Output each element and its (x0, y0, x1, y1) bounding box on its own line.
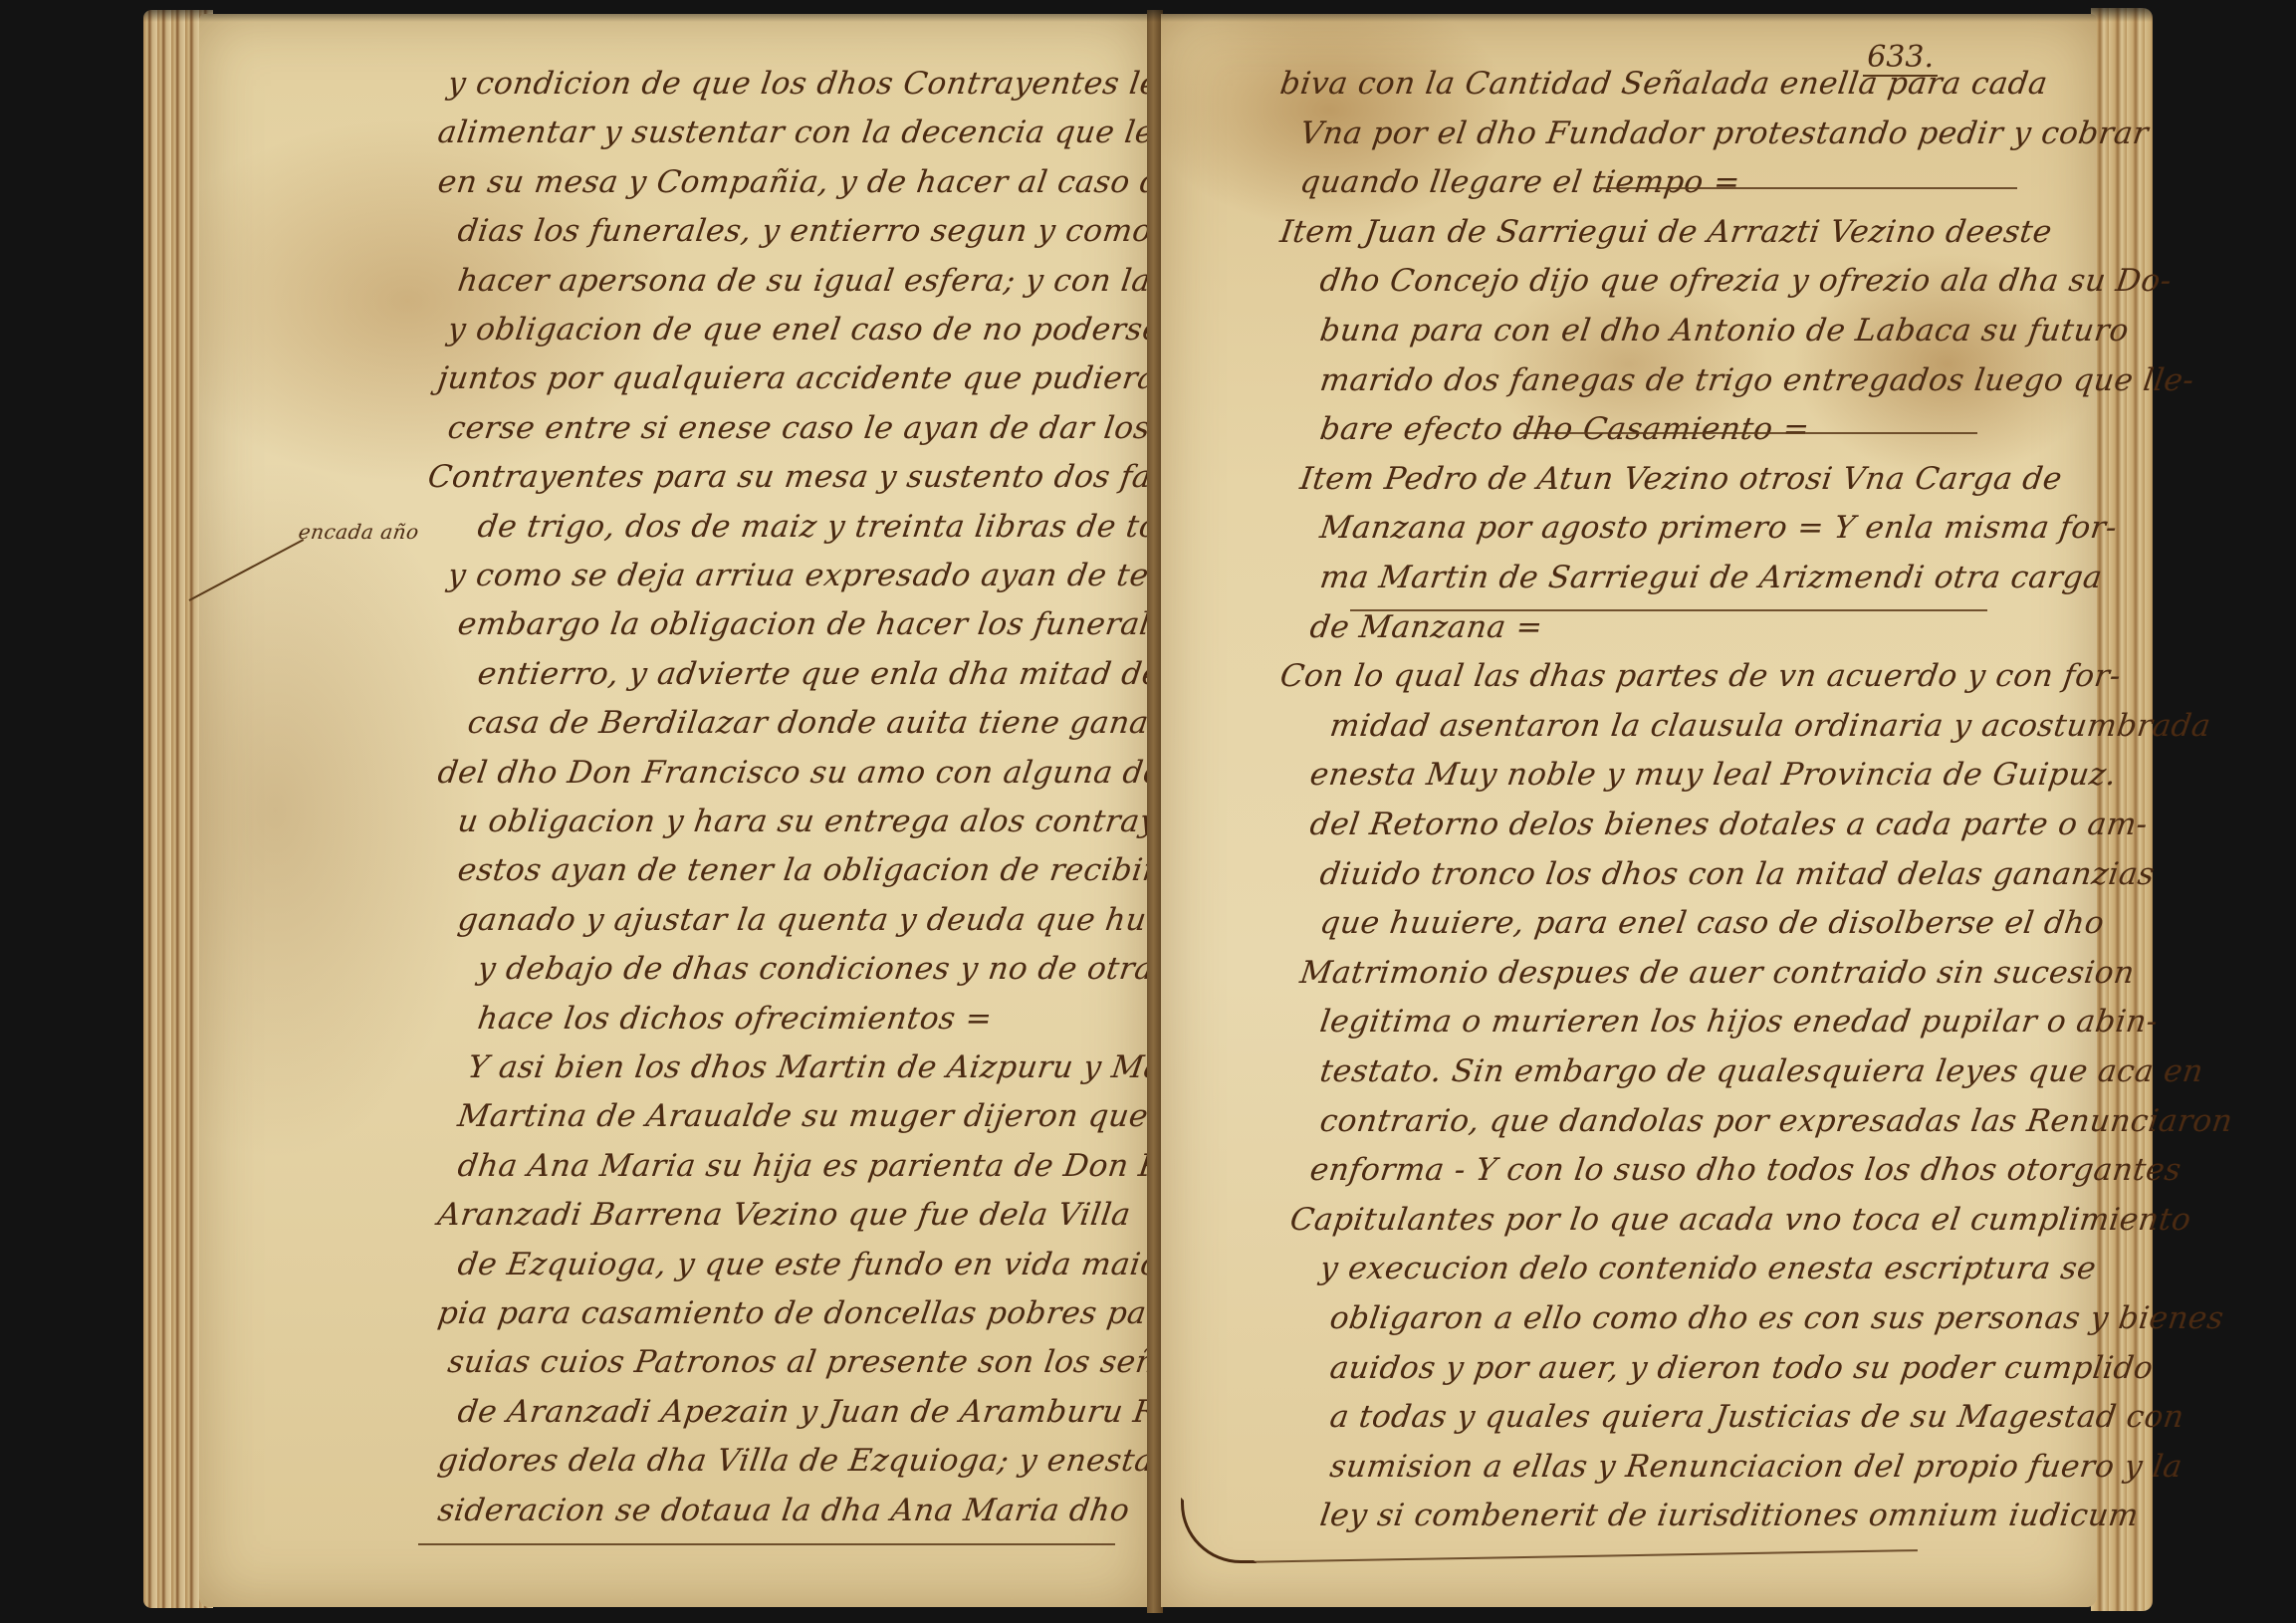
right-page-text: biva con la Cantidad Señalada enella par… (1161, 14, 2097, 1607)
manuscript-line: hace los dichos ofrecimientos = (475, 1001, 994, 1037)
manuscript-line: quando llegare el tiempo = (1297, 164, 1742, 200)
right-page: 633. biva con la Cantidad Señalada enell… (1161, 14, 2097, 1607)
manuscript-line: auidos y por auer, y dieron todo su pode… (1327, 1350, 2155, 1386)
manuscript-line: enesta Muy noble y muy leal Provincia de… (1307, 757, 2119, 793)
manuscript-line: de Aranzadi Apezain y Juan de Aramburu R… (455, 1394, 1189, 1430)
manuscript-line: del dho Don Francisco su amo con alguna … (435, 755, 1224, 791)
manuscript-line: y obligacion de que enel caso de no pode… (445, 312, 1264, 348)
manuscript-line: Vna por el dho Fundador protestando pedi… (1297, 116, 2151, 151)
manuscript-line: de Manzana = (1307, 609, 1544, 645)
manuscript-line: legitima o murieren los hijos enedad pup… (1317, 1004, 2160, 1040)
line-filler-rule-1 (1599, 187, 2017, 189)
left-page-text: y condicion de que los dhos Contrayentes… (199, 14, 1147, 1607)
manuscript-line: embargo la obligacion de hacer los funer… (455, 606, 1216, 642)
manuscript-line: sumision a ellas y Renunciacion del prop… (1327, 1449, 2184, 1485)
manuscript-line: Matrimonio despues de auer contraido sin… (1297, 955, 2137, 991)
manuscript-line: obligaron a ello como dho es con sus per… (1327, 1300, 2225, 1336)
manuscript-line: Aranzadi Barrena Vezino que fue dela Vil… (435, 1197, 1132, 1233)
margin-note: encada año (297, 520, 420, 544)
manuscript-line: Item Juan de Sarriegui de Arrazti Vezino… (1277, 214, 2054, 250)
manuscript-line: a todas y quales quiera Justicias de su … (1327, 1399, 2185, 1435)
manuscript-line: Con lo qual las dhas partes de vn acuerd… (1277, 658, 2123, 694)
manuscript-line: y execucion delo contenido enesta escrip… (1317, 1251, 2098, 1286)
left-page: y condicion de que los dhos Contrayentes… (199, 14, 1147, 1607)
manuscript-line: sideracion se dotaua la dha Ana Maria dh… (435, 1493, 1131, 1528)
manuscript-line: Y asi bien los dhos Martin de Aizpuru y … (465, 1049, 1176, 1085)
manuscript-line: diuido tronco los dhos con la mitad dela… (1317, 856, 2157, 892)
manuscript-line: enforma - Y con lo suso dho todos los dh… (1307, 1152, 2183, 1188)
manuscript-line: biva con la Cantidad Señalada enella par… (1277, 66, 2049, 102)
manuscript-line: bare efecto dho Casamiento = (1317, 411, 1811, 447)
manuscript-line: ma Martin de Sarriegui de Arizmendi otra… (1317, 560, 2104, 595)
manuscript-line: testato. Sin embargo de qualesquiera ley… (1317, 1053, 2205, 1089)
manuscript-line: del Retorno delos bienes dotales a cada … (1307, 807, 2150, 842)
manuscript-line: que huuiere, para enel caso de disolbers… (1317, 905, 2106, 941)
manuscript-line: gidores dela dha Villa de Ezquioga; y en… (435, 1443, 1234, 1479)
closing-rule-left (418, 1543, 1115, 1545)
manuscript-line: Contrayentes para su mesa y sustento dos… (425, 459, 1248, 495)
top-shadow (143, 0, 2153, 22)
manuscript-line: midad asentaron la clausula ordinaria y … (1327, 708, 2212, 744)
manuscript-line: de trigo, dos de maiz y treinta libras d… (475, 509, 1228, 545)
manuscript-line: buna para con el dho Antonio de Labaca s… (1317, 313, 2131, 348)
manuscript-line: Manzana por agosto primero = Y enla mism… (1317, 510, 2119, 546)
line-filler-rule-2 (1519, 432, 1977, 434)
manuscript-line: dho Concejo dijo que ofrezia y ofrezio a… (1317, 263, 2174, 299)
manuscript-line: Martina de Araualde su muger dijeron que… (455, 1098, 1190, 1134)
manuscript-line: ley si combenerit de iurisditiones omniu… (1317, 1498, 2141, 1533)
line-filler-rule-3 (1350, 609, 1987, 611)
manuscript-line: juntos por qualquiera accidente que pudi… (435, 360, 1245, 396)
manuscript-line: en su mesa y Compañia, y de hacer al cas… (435, 164, 1229, 200)
manuscript-line: entierro, y advierte que enla dha mitad … (475, 656, 1192, 692)
manuscript-line: y como se deja arriua expresado ayan de … (445, 558, 1263, 593)
manuscript-line: Capitulantes por lo que acada vno toca e… (1287, 1202, 2193, 1238)
manuscript-line: contrario, que dandolas por expresadas l… (1317, 1103, 2234, 1139)
manuscript-line: pia para casamiento de doncellas pobres … (435, 1295, 1262, 1331)
manuscript-line: Item Pedro de Atun Vezino otrosi Vna Car… (1297, 461, 2064, 497)
manuscript-line: marido dos fanegas de trigo entregados l… (1317, 362, 2196, 398)
manuscript-line: estos ayan de tener la obligacion de rec… (455, 852, 1230, 888)
manuscript-line: de Ezquioga, y que este fundo en vida ma… (455, 1247, 1252, 1282)
manuscript-line: cerse entre si enese caso le ayan de dar… (445, 410, 1239, 446)
